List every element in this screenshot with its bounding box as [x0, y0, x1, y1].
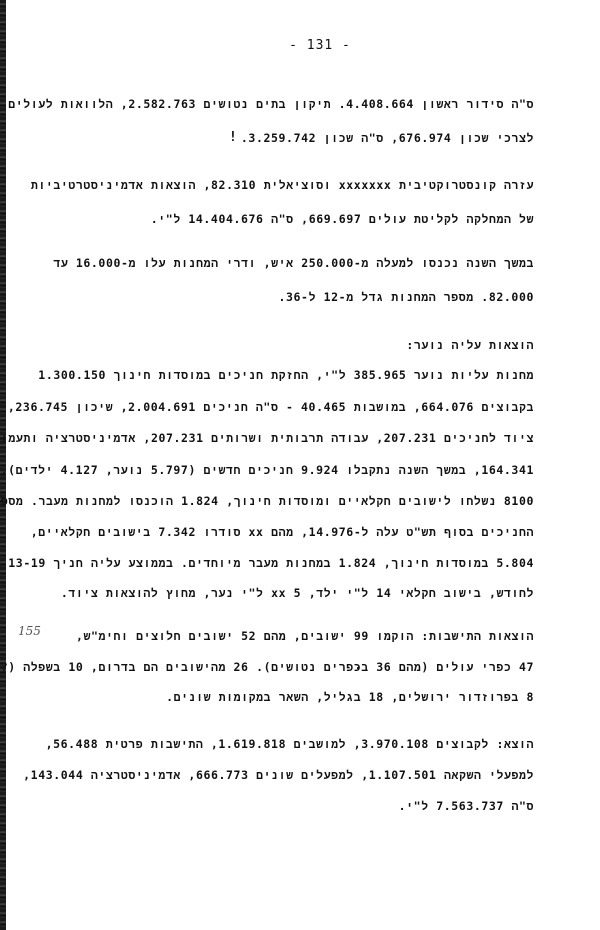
text-line-p6-2: למפעלי השקאה 1.107.501, למפעלים שונים 66… [23, 768, 534, 783]
text-line-p5-1: הוצאות התישבות: הוקמו 99 ישובים, מהם 52 … [76, 629, 534, 644]
text-line-p4-7: 5.804 במוסדות חינוך, 1.824 במחנות מעבר מ… [0, 556, 534, 571]
text-line-p5-2: 47 כפרי עולים (מהם 36 בכפרים נטושים). 26… [0, 660, 534, 675]
text-line-p3-2: 82.000. מספר המחנות גדל מ-12 ל-36. [278, 290, 534, 305]
text-line-p2-2: של המחלקה לקליטת עולים 669.697, ס"ה 14.4… [151, 212, 534, 227]
handwritten-margin-note: 155 [18, 624, 41, 638]
text-line-p4-8: לחודש, בישוב חקלאי 14 ל"י ילד, xx 5 ל"י … [61, 586, 534, 601]
text-line-p4-3: ציוד לחניכים 207.231, עבודה תרבותית ושרו… [0, 431, 534, 446]
text-line-p1-1: ס"ה סידור ראשון 4.408.664. תיקון בתים נט… [8, 97, 534, 112]
text-line-p6-3: ס"ה 7.563.737 ל"י. [399, 799, 534, 814]
text-line-p2-1: עזרה קונסטרוקטיבית xxxxxxx וסוציאלית 82.… [31, 178, 534, 193]
text-line-p4-5: 8100 נשלחו לישובים חקלאיים ומוסדות חינוך… [0, 494, 534, 509]
text-line-p4-4: 164.341, במשך השנה נתקבלו 9.924 חניכים ח… [1, 463, 534, 478]
text-line-p4-1: מחנות עליות נוער 385.965 ל"י, החזקת חניכ… [38, 368, 534, 383]
section-heading-youth-aliyah: הוצאות עליה נוער: [406, 338, 534, 353]
page-number: - 131 - [0, 38, 600, 53]
text-line-p5-3: 8 בפרוזדור ירושלים, 18 בגליל, השאר במקומ… [166, 690, 534, 705]
text-line-p1-2: לצרכי שכון 676.974, ס"ה שכון 3.259.742. [241, 131, 534, 146]
text-line-p6-1: הוצא: לקבוצים 3.970.108, למושבים 1.619.8… [46, 737, 534, 752]
stray-typewriter-mark: ! [229, 130, 237, 145]
text-line-p3-1: במשך השנה נכנסו למעלה מ-250.000 איש, ודר… [53, 256, 534, 271]
text-line-p4-2: בקבוצים 664.076, במושבות 40.465 - ס"ה חנ… [8, 400, 534, 415]
text-line-p4-6: החניכים בסוף תש"ט עלה ל-14.976, מהם xx ס… [31, 525, 534, 540]
